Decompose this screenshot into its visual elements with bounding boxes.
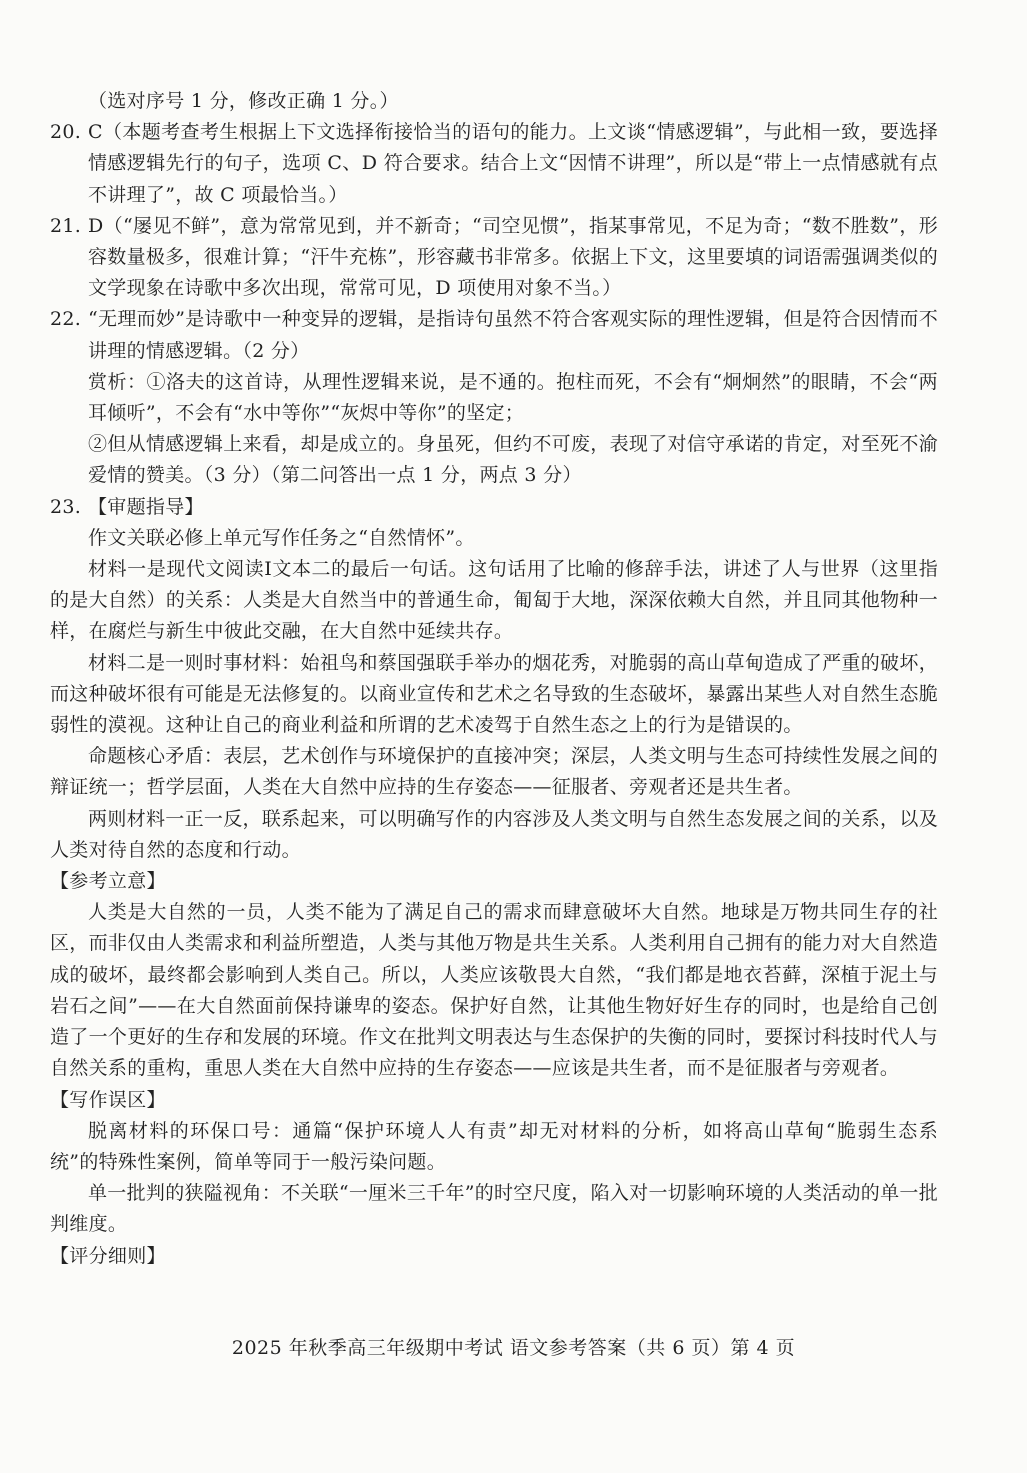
q23-header: 23.【审题指导】 xyxy=(50,492,938,523)
q22-number: 22. xyxy=(50,304,88,335)
answer-key-page: （选对序号 1 分，修改正确 1 分。） 20.C（本题考查考生根据上下文选择衔… xyxy=(50,86,938,1272)
q21-number: 21. xyxy=(50,211,88,242)
guide-paragraph-3: 材料二是一则时事材料：始祖鸟和蔡国强联手举办的烟花秀，对脆弱的高山草甸造成了严重… xyxy=(50,648,938,742)
mistakes-heading: 【写作误区】 xyxy=(50,1085,938,1116)
mistake-paragraph-2: 单一批判的狭隘视角：不关联“一厘米三千年”的时空尺度，陷入对一切影响环境的人类活… xyxy=(50,1178,938,1240)
guide-paragraph-2: 材料一是现代文阅读Ⅰ文本二的最后一句话。这句话用了比喻的修辞手法，讲述了人与世界… xyxy=(50,554,938,648)
q23-number: 23. xyxy=(50,492,88,523)
guide-heading: 【审题指导】 xyxy=(88,496,204,518)
q20-text: C（本题考查考生根据上下文选择衔接恰当的语句的能力。上文谈“情感逻辑”，与此相一… xyxy=(88,121,938,205)
q22-appreciation-1: 赏析：①洛夫的这首诗，从理性逻辑来说，是不通的。抱柱而死，不会有“炯炯然”的眼睛… xyxy=(50,367,938,429)
q20-number: 20. xyxy=(50,117,88,148)
q22-appreciation-2: ②但从情感逻辑上来看，却是成立的。身虽死，但约不可废，表现了对信守承诺的肯定，对… xyxy=(50,429,938,491)
scoring-heading: 【评分细则】 xyxy=(50,1241,938,1272)
guide-paragraph-5: 两则材料一正一反，联系起来，可以明确写作的内容涉及人类文明与自然生态发展之间的关… xyxy=(50,804,938,866)
guide-paragraph-1: 作文关联必修上单元写作任务之“自然情怀”。 xyxy=(50,523,938,554)
q22-text: “无理而妙”是诗歌中一种变异的逻辑，是指诗句虽然不符合客观实际的理性逻辑，但是符… xyxy=(88,308,938,361)
q22-answer: 22.“无理而妙”是诗歌中一种变异的逻辑，是指诗句虽然不符合客观实际的理性逻辑，… xyxy=(50,304,938,366)
page-footer: 2025 年秋季高三年级期中考试 语文参考答案（共 6 页）第 4 页 xyxy=(0,1333,1027,1360)
q21-answer: 21.D（“屡见不鲜”，意为常常见到，并不新奇；“司空见惯”，指某事常见，不足为… xyxy=(50,211,938,305)
reference-paragraph: 人类是大自然的一员，人类不能为了满足自己的需求而肆意破坏大自然。地球是万物共同生… xyxy=(50,897,938,1084)
mistake-paragraph-1: 脱离材料的环保口号：通篇“保护环境人人有责”却无对材料的分析，如将高山草甸“脆弱… xyxy=(50,1116,938,1178)
q19-score-note: （选对序号 1 分，修改正确 1 分。） xyxy=(50,86,938,117)
q20-answer: 20.C（本题考查考生根据上下文选择衔接恰当的语句的能力。上文谈“情感逻辑”，与… xyxy=(50,117,938,211)
reference-heading: 【参考立意】 xyxy=(50,866,938,897)
guide-paragraph-4: 命题核心矛盾：表层，艺术创作与环境保护的直接冲突；深层，人类文明与生态可持续性发… xyxy=(50,741,938,803)
q21-text: D（“屡见不鲜”，意为常常见到，并不新奇；“司空见惯”，指某事常见，不足为奇；“… xyxy=(88,215,938,299)
